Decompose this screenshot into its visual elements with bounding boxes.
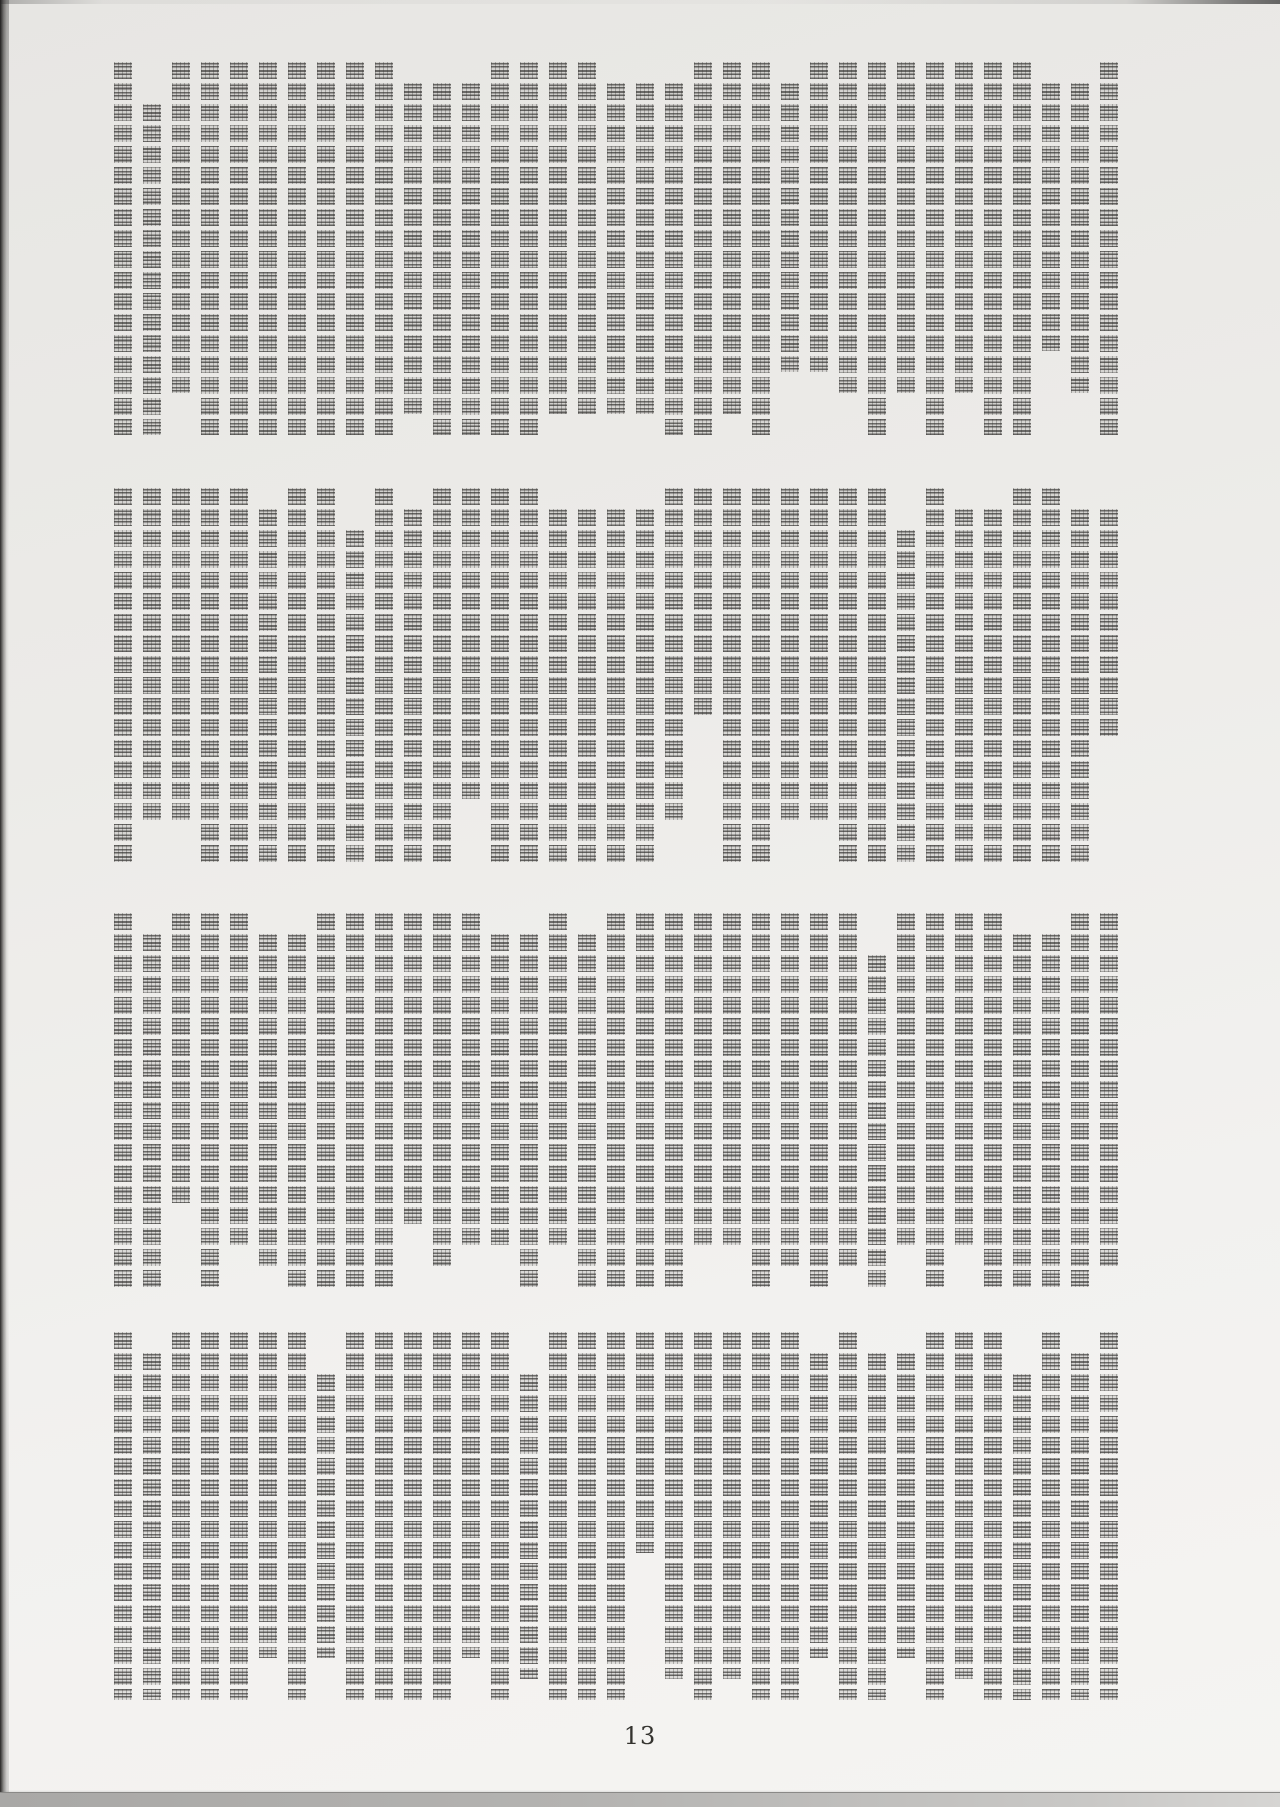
redacted-text-column (665, 1332, 683, 1679)
redacted-text-column (1071, 83, 1089, 393)
redacted-text-column (955, 509, 973, 862)
redacted-text-column (346, 62, 364, 435)
redacted-text-column (317, 1374, 335, 1658)
redacted-text-column (578, 509, 596, 862)
redacted-text-column (288, 1332, 306, 1700)
redacted-text-column (375, 62, 393, 435)
text-band-2 (95, 488, 1118, 862)
redacted-text-column (520, 1374, 538, 1679)
redacted-text-column (230, 62, 248, 435)
redacted-text-column (462, 1332, 480, 1658)
redacted-text-column (259, 62, 277, 435)
redacted-text-column (1042, 83, 1060, 351)
redacted-text-column (259, 509, 277, 862)
redacted-text-column (433, 1332, 451, 1700)
redacted-text-column (665, 913, 683, 1289)
redacted-text-column (868, 955, 886, 1289)
redacted-text-column (665, 83, 683, 435)
redacted-text-column (433, 83, 451, 435)
redacted-text-column (607, 509, 625, 862)
redacted-text-column (897, 62, 915, 393)
redacted-text-column (114, 488, 132, 862)
redacted-text-column (636, 913, 654, 1289)
text-band-4 (95, 1332, 1118, 1700)
redacted-text-column (288, 62, 306, 435)
redacted-text-column (259, 1332, 277, 1658)
redacted-text-column (201, 913, 219, 1289)
redacted-text-column (752, 488, 770, 862)
redacted-text-column (810, 488, 828, 820)
redacted-text-column (404, 83, 422, 414)
redacted-text-column (868, 1353, 886, 1700)
redacted-text-column (839, 1332, 857, 1700)
scan-bottom-edge-strip (0, 1792, 1280, 1807)
redacted-text-column (143, 934, 161, 1289)
redacted-text-column (868, 62, 886, 435)
redacted-text-column (578, 934, 596, 1289)
redacted-text-column (549, 62, 567, 414)
redacted-text-column (665, 488, 683, 820)
redacted-text-column (1042, 934, 1060, 1289)
redacted-text-column (230, 1332, 248, 1700)
redacted-text-column (984, 62, 1002, 435)
redacted-text-column (172, 913, 190, 1205)
redacted-text-column (868, 488, 886, 862)
redacted-text-column (955, 62, 973, 393)
redacted-text-column (375, 488, 393, 862)
redacted-text-column (897, 530, 915, 862)
redacted-text-column (317, 913, 335, 1289)
redacted-text-column (926, 62, 944, 435)
redacted-text-column (781, 488, 799, 820)
redacted-text-column (114, 1332, 132, 1700)
redacted-text-column (317, 488, 335, 862)
scanned-page: 13 (0, 0, 1280, 1807)
redacted-text-column (607, 83, 625, 414)
redacted-text-column (1042, 488, 1060, 862)
redacted-text-column (984, 1332, 1002, 1700)
redacted-text-column (926, 1332, 944, 1700)
redacted-text-column (926, 488, 944, 862)
redacted-text-column (578, 62, 596, 414)
redacted-text-column (694, 62, 712, 435)
redacted-text-column (1013, 1374, 1031, 1700)
redacted-text-column (201, 1332, 219, 1700)
redacted-text-column (462, 83, 480, 435)
redacted-text-column (1100, 62, 1118, 435)
redacted-text-column (781, 83, 799, 372)
redacted-text-column (491, 1332, 509, 1700)
redacted-text-column (839, 62, 857, 393)
redacted-text-column (1071, 913, 1089, 1289)
redacted-text-column (346, 1332, 364, 1700)
redacted-text-column (984, 913, 1002, 1289)
redacted-text-column (143, 104, 161, 435)
redacted-text-column (520, 934, 538, 1289)
redacted-text-column (143, 488, 161, 820)
redacted-text-column (723, 913, 741, 1247)
redacted-text-column (1013, 934, 1031, 1289)
text-band-3 (95, 913, 1118, 1289)
redacted-text-column (114, 913, 132, 1289)
redacted-text-column (201, 62, 219, 435)
redacted-text-column (433, 488, 451, 862)
redacted-text-column (810, 913, 828, 1289)
redacted-text-column (114, 62, 132, 435)
redacted-text-column (288, 934, 306, 1289)
redacted-text-column (1071, 509, 1089, 862)
redacted-text-column (810, 1353, 828, 1658)
redacted-text-column (172, 488, 190, 820)
redacted-text-column (694, 1332, 712, 1700)
redacted-text-column (375, 1332, 393, 1700)
redacted-text-column (694, 488, 712, 715)
redacted-text-column (462, 488, 480, 799)
text-band-1 (95, 62, 1118, 435)
redacted-text-column (839, 488, 857, 862)
redacted-text-column (520, 488, 538, 862)
scan-top-edge-shadow (0, 0, 1280, 4)
redacted-text-column (549, 1332, 567, 1700)
redacted-text-column (955, 913, 973, 1247)
redacted-text-column (694, 913, 712, 1247)
redacted-text-column (375, 913, 393, 1289)
redacted-text-column (404, 913, 422, 1226)
redacted-text-column (752, 1332, 770, 1700)
redacted-text-column (433, 913, 451, 1268)
redacted-text-column (201, 488, 219, 862)
redacted-text-column (288, 488, 306, 862)
redacted-text-column (1013, 62, 1031, 435)
redacted-text-column (926, 913, 944, 1289)
redacted-text-column (520, 62, 538, 435)
redacted-text-column (781, 913, 799, 1268)
redacted-text-column (259, 934, 277, 1268)
redacted-text-column (404, 1332, 422, 1700)
redacted-text-column (1100, 1332, 1118, 1700)
redacted-text-column (491, 488, 509, 862)
redacted-text-column (578, 1332, 596, 1700)
redacted-text-column (346, 530, 364, 862)
redacted-text-column (491, 934, 509, 1247)
text-block (0, 0, 1280, 1807)
redacted-text-column (636, 509, 654, 862)
redacted-text-column (172, 1332, 190, 1700)
redacted-text-column (897, 913, 915, 1247)
redacted-text-column (346, 913, 364, 1289)
redacted-text-column (723, 1332, 741, 1679)
redacted-text-column (462, 913, 480, 1247)
redacted-text-column (607, 1332, 625, 1700)
redacted-text-column (1100, 509, 1118, 736)
redacted-text-column (636, 83, 654, 414)
redacted-text-column (317, 62, 335, 435)
redacted-text-column (549, 913, 567, 1247)
redacted-text-column (1013, 488, 1031, 862)
redacted-text-column (230, 913, 248, 1247)
redacted-text-column (607, 913, 625, 1289)
redacted-text-column (897, 1353, 915, 1658)
redacted-text-column (955, 1332, 973, 1679)
redacted-text-column (549, 509, 567, 862)
redacted-text-column (1042, 1332, 1060, 1700)
redacted-text-column (143, 1353, 161, 1700)
redacted-text-column (230, 488, 248, 862)
redacted-text-column (984, 509, 1002, 862)
page-number: 13 (0, 1722, 1280, 1750)
redacted-text-column (636, 1332, 654, 1553)
redacted-text-column (752, 913, 770, 1289)
redacted-text-column (723, 62, 741, 414)
redacted-text-column (491, 62, 509, 435)
redacted-text-column (404, 509, 422, 862)
scan-left-edge-shadow (0, 0, 9, 1793)
redacted-text-column (781, 1332, 799, 1700)
redacted-text-column (1071, 1353, 1089, 1700)
redacted-text-column (810, 62, 828, 372)
redacted-text-column (752, 62, 770, 435)
redacted-text-column (172, 62, 190, 393)
redacted-text-column (839, 913, 857, 1268)
redacted-text-column (723, 488, 741, 862)
redacted-text-column (1100, 913, 1118, 1268)
